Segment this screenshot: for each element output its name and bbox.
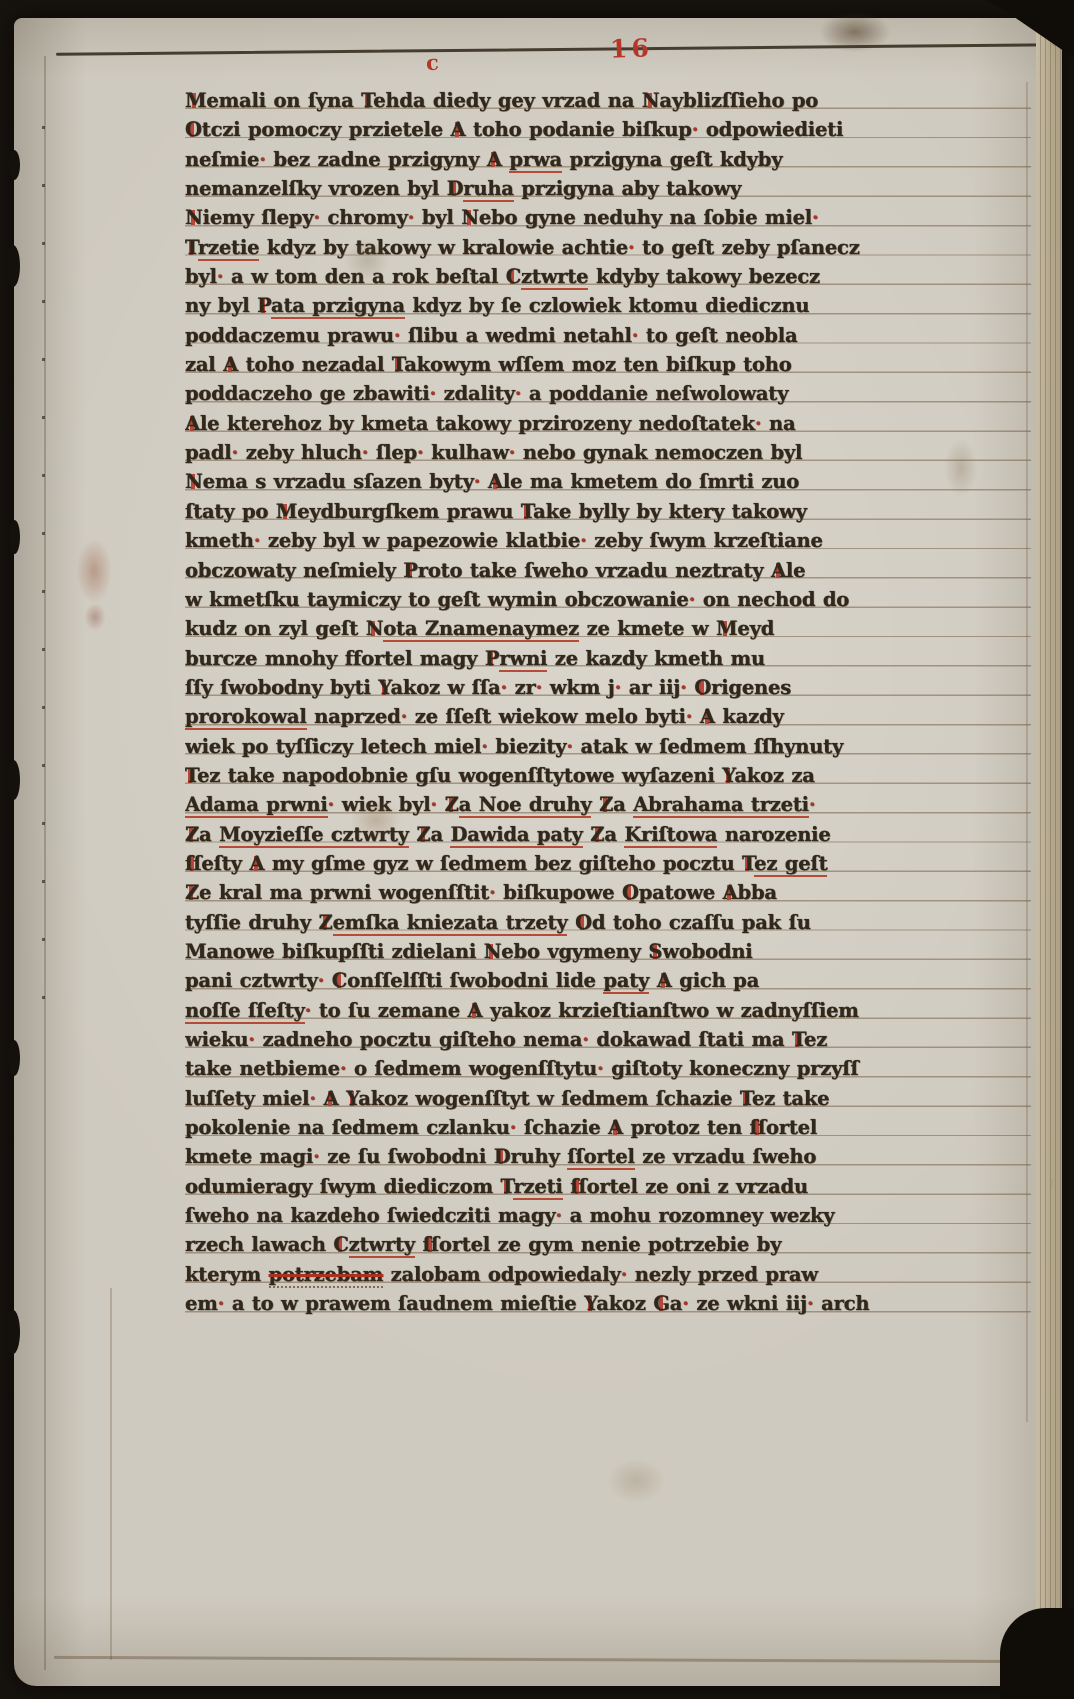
manuscript-scan: c 16 Memali on ſyna Tehda diedy gey vrza…: [0, 0, 1074, 1699]
stain: [344, 238, 390, 282]
text-line: ſtaty po Meydburgſkem prawu Take bylly b…: [185, 497, 1031, 526]
text-line: byl· a w tom den a rok beſtal Cztwrte kd…: [185, 262, 1031, 291]
text-line: take netbieme· o ſedmem wogenſſtytu· giſ…: [185, 1054, 1031, 1083]
text-line: Adama prwni· wiek byl· Za Noe druhy Za A…: [185, 790, 1031, 819]
text-line: neſmie· bez zadne przigyny A prwa przigy…: [185, 145, 1031, 174]
deckle-notch: [6, 1310, 20, 1354]
text-line: ſſy ſwobodny byti Yakoz w ſſa· zr· wkm j…: [185, 673, 1031, 702]
text-line: Ale kterehoz by kmeta takowy przirozeny …: [185, 409, 1031, 438]
previous-leaf-edge: [56, 43, 1056, 55]
text-line: ny byl Pata przigyna kdyz by ſe czlowiek…: [185, 291, 1031, 320]
text-line: kudz on zyl geſt Nota Znamenaymez ze kme…: [185, 614, 1031, 643]
text-line: obczowaty neſmiely Proto take ſweho vrza…: [185, 556, 1031, 585]
text-line: rzech lawach Cztwrty ſſortel ze gym neni…: [185, 1230, 1031, 1259]
text-line: noſſe ſſeſty· to ſu zemane A yakoz krzie…: [185, 996, 1031, 1025]
deckle-notch: [6, 245, 20, 287]
text-line: Tez take napodobnie gſu wogenſſtytowe wy…: [185, 761, 1031, 790]
text-line: kmete magi· ze ſu ſwobodni Druhy ſſortel…: [185, 1142, 1031, 1171]
text-line: padl· zeby hluch· ſlep· kulhaw· nebo gyn…: [185, 438, 1031, 467]
folio-number: 16: [610, 33, 654, 63]
text-line: Trzetie kdyz by takowy w kralowie achtie…: [185, 233, 1031, 262]
text-line: poddaczeho ge zbawiti· zdality· a poddan…: [185, 379, 1031, 408]
deckle-notch: [8, 1040, 20, 1076]
text-line: nemanzelſky vrozen byl Druha przigyna ab…: [185, 174, 1031, 203]
stain: [944, 438, 978, 498]
text-line: odumieragy ſwym diediczom Trzeti ſſortel…: [185, 1172, 1031, 1201]
text-line: poddaczemu prawu· ſlibu a wedmi netahl· …: [185, 321, 1031, 350]
text-line: wieku· zadneho pocztu giſteho nema· doka…: [185, 1025, 1031, 1054]
page-edges-strip: [1036, 24, 1062, 1674]
deckle-notch: [8, 150, 20, 180]
stain: [76, 538, 112, 604]
ruling-vertical-inner: [110, 1288, 112, 1660]
text-line: tyſſie druhy Zemſka kniezata trzety Od t…: [185, 908, 1031, 937]
text-line: kterym potrzebam zalobam odpowiedaly· ne…: [185, 1260, 1031, 1289]
text-line: em· a to w prawem ſaudnem mieſtie Yakoz …: [185, 1289, 1031, 1318]
text-line: Nema s vrzadu sſazen byty· Ale ma kmetem…: [185, 467, 1031, 496]
manuscript-page: c 16 Memali on ſyna Tehda diedy gey vrza…: [14, 18, 1062, 1686]
stain: [84, 603, 106, 631]
text-line: pokolenie na ſedmem czlanku· ſchazie A p…: [185, 1113, 1031, 1142]
text-line: kmeth· zeby byl w papezowie klatbie· zeb…: [185, 526, 1031, 555]
text-line: Za Moyzieſſe cztwrty Za Dawida paty Za K…: [185, 820, 1031, 849]
text-line: w kmetſku taymiczy to geſt wymin obczowa…: [185, 585, 1031, 614]
text-block: Memali on ſyna Tehda diedy gey vrzad na …: [185, 86, 1031, 1320]
stain: [606, 1458, 666, 1504]
text-line: wiek po tyſſiczy letech miel· biezity· a…: [185, 732, 1031, 761]
text-line: zal A toho nezadal Takowym wſſem moz ten…: [185, 350, 1031, 379]
text-line: Ze kral ma prwni wogenſſtit· biſkupowe O…: [185, 878, 1031, 907]
text-line: pani cztwrty· Conſſelſſti ſwobodni lide …: [185, 966, 1031, 995]
text-line: Otczi pomoczy przietele A toho podanie b…: [185, 115, 1031, 144]
ruling-horizontal-bottom: [54, 1656, 1039, 1663]
text-line: burcze mnohy ffortel magy Prwni ze kazdy…: [185, 644, 1031, 673]
text-line: ſſeſty A my gſme gyz w ſedmem bez giſteh…: [185, 849, 1031, 878]
deckle-notch: [7, 760, 20, 800]
text-line: ſweho na kazdeho ſwiedcziti magy· a mohu…: [185, 1201, 1031, 1230]
text-line: Niemy ſlepy· chromy· byl Nebo gyne neduh…: [185, 203, 1031, 232]
pricking-marks: [42, 126, 45, 1046]
text-line: Manowe biſkupſſti zdielani Nebo vgymeny …: [185, 937, 1031, 966]
deckle-notch: [9, 520, 20, 554]
text-line: Memali on ſyna Tehda diedy gey vrzad na …: [185, 86, 1031, 115]
stain: [350, 800, 402, 840]
text-line: prorokowal naprzed· ze ſſeſt wiekow melo…: [185, 702, 1031, 731]
text-line: luſſety miel· A Yakoz wogenſſtyt w ſedme…: [185, 1084, 1031, 1113]
stain: [820, 12, 890, 52]
quire-mark: c: [425, 50, 440, 76]
